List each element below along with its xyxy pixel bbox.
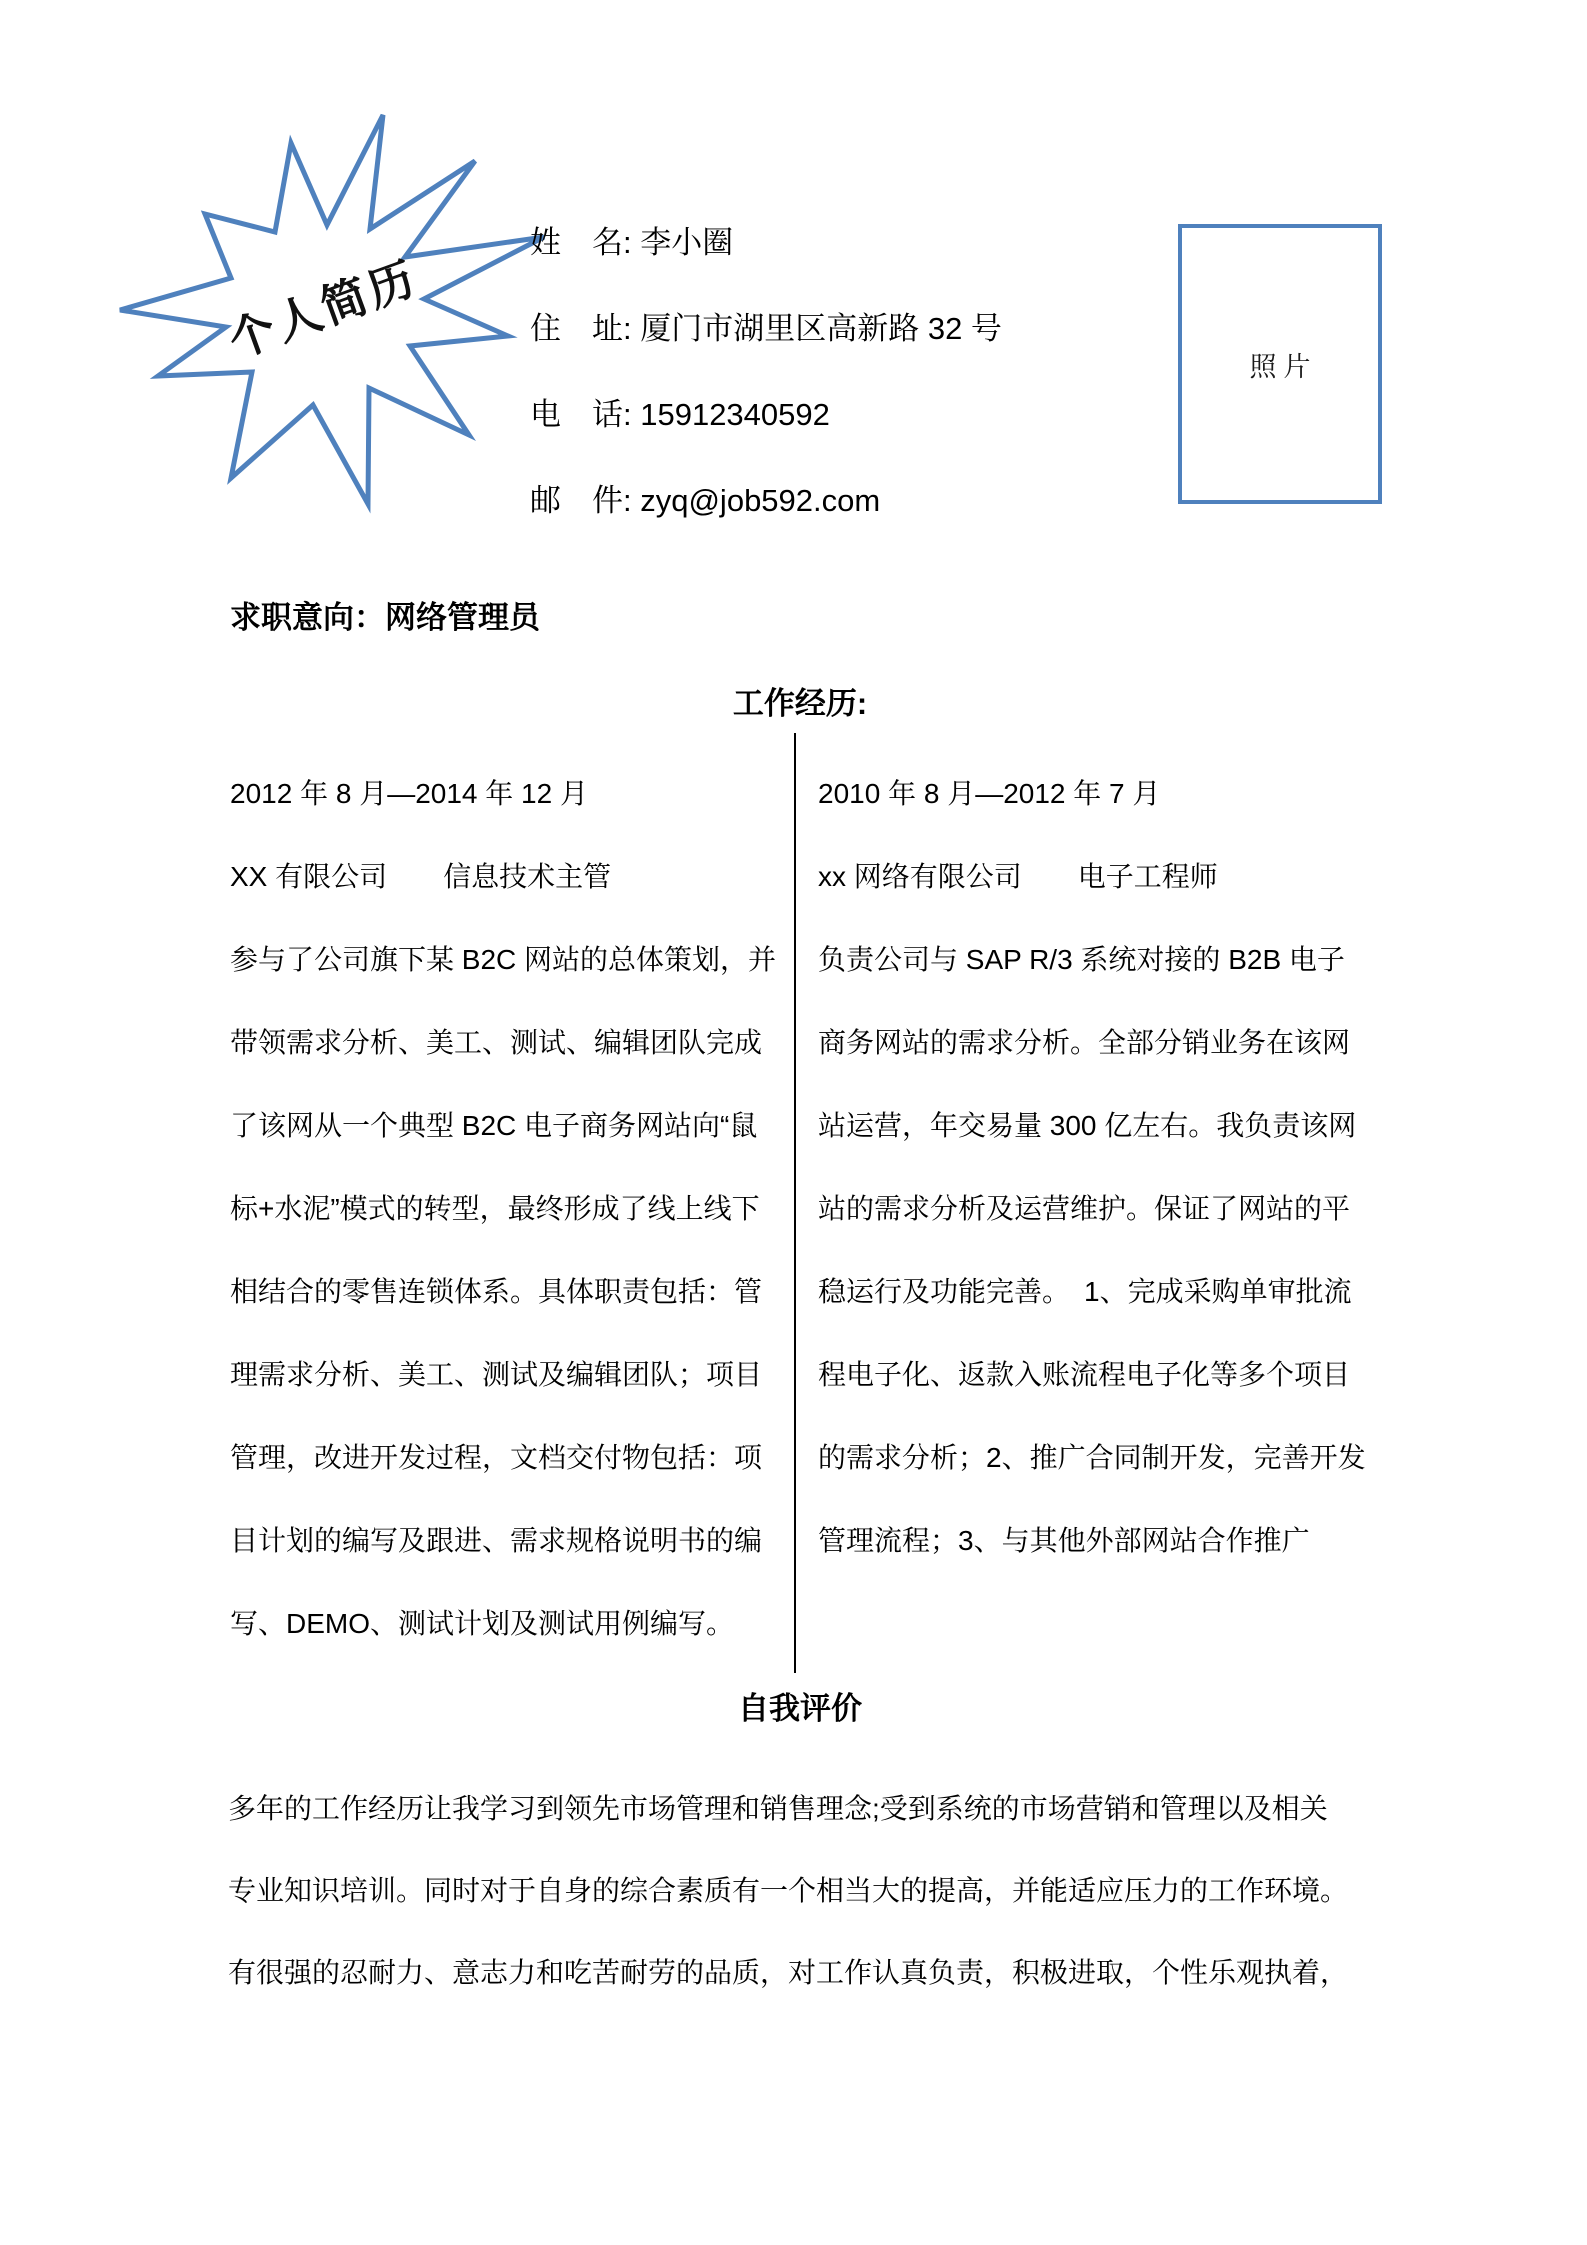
resume-page: 个人简历 姓 名: 李小圈住 址: 厦门市湖里区高新路 32 号电 话: 159… xyxy=(0,0,1587,2245)
objective-heading: 求职意向：网络管理员 xyxy=(230,592,540,637)
work-history-line: 理需求分析、美工、测试及编辑团队；项目 xyxy=(230,1333,782,1416)
self-evaluation-heading: 自我评价 xyxy=(0,1683,1587,1728)
work-history-line: 站运营，年交易量 300 亿左右。我负责该网 xyxy=(818,1084,1370,1167)
work-history-line: 参与了公司旗下某 B2C 网站的总体策划，并 xyxy=(230,918,782,1001)
work-history-right-column: 2010 年 8 月—2012 年 7 月xx 网络有限公司 电子工程师负责公司… xyxy=(818,752,1370,1582)
work-history-line: 2012 年 8 月—2014 年 12 月 xyxy=(230,752,782,835)
self-evaluation-line: 专业知识培训。同时对于自身的综合素质有一个相当大的提高，并能适应压力的工作环境。 xyxy=(228,1850,1373,1932)
photo-placeholder-box: 照片 xyxy=(1178,224,1382,504)
work-history-line: 管理流程；3、与其他外部网站合作推广 xyxy=(818,1499,1370,1582)
work-history-line: 写、DEMO、测试计划及测试用例编写。 xyxy=(230,1582,782,1665)
work-history-line: XX 有限公司 信息技术主管 xyxy=(230,835,782,918)
work-history-line: 目计划的编写及跟进、需求规格说明书的编 xyxy=(230,1499,782,1582)
work-history-line: xx 网络有限公司 电子工程师 xyxy=(818,835,1370,918)
work-history-heading: 工作经历: xyxy=(0,678,1587,723)
work-history-line: 稳运行及功能完善。 1、完成采购单审批流 xyxy=(818,1250,1370,1333)
work-history-line: 站的需求分析及运营维护。保证了网站的平 xyxy=(818,1167,1370,1250)
work-history-line: 的需求分析；2、推广合同制开发，完善开发 xyxy=(818,1416,1370,1499)
photo-placeholder-label: 照片 xyxy=(1243,345,1318,384)
contact-line: 住 址: 厦门市湖里区高新路 32 号 xyxy=(530,286,1002,372)
column-divider xyxy=(794,733,796,1673)
work-history-line: 程电子化、返款入账流程电子化等多个项目 xyxy=(818,1333,1370,1416)
work-history-line: 2010 年 8 月—2012 年 7 月 xyxy=(818,752,1370,835)
contact-line: 电 话: 15912340592 xyxy=(530,372,1002,458)
work-history-left-column: 2012 年 8 月—2014 年 12 月XX 有限公司 信息技术主管参与了公… xyxy=(230,752,782,1665)
contact-line: 邮 件: zyq@job592.com xyxy=(530,458,1002,544)
work-history-line: 商务网站的需求分析。全部分销业务在该网 xyxy=(818,1001,1370,1084)
contact-section: 姓 名: 李小圈住 址: 厦门市湖里区高新路 32 号电 话: 15912340… xyxy=(530,200,1002,544)
work-history-line: 负责公司与 SAP R/3 系统对接的 B2B 电子 xyxy=(818,918,1370,1001)
burst-shape: 个人简历 xyxy=(85,95,555,525)
work-history-line: 标+水泥”模式的转型，最终形成了线上线下 xyxy=(230,1167,782,1250)
contact-line: 姓 名: 李小圈 xyxy=(530,200,1002,286)
self-evaluation-line: 多年的工作经历让我学习到领先市场管理和销售理念;受到系统的市场营销和管理以及相关 xyxy=(228,1768,1373,1850)
self-evaluation-paragraph: 多年的工作经历让我学习到领先市场管理和销售理念;受到系统的市场营销和管理以及相关… xyxy=(228,1768,1373,2014)
work-history-line: 相结合的零售连锁体系。具体职责包括：管 xyxy=(230,1250,782,1333)
work-history-line: 带领需求分析、美工、测试、编辑团队完成 xyxy=(230,1001,782,1084)
work-history-line: 管理，改进开发过程，文档交付物包括：项 xyxy=(230,1416,782,1499)
self-evaluation-line: 有很强的忍耐力、意志力和吃苦耐劳的品质，对工作认真负责，积极进取，个性乐观执着， xyxy=(228,1932,1373,2014)
work-history-line: 了该网从一个典型 B2C 电子商务网站向“鼠 xyxy=(230,1084,782,1167)
